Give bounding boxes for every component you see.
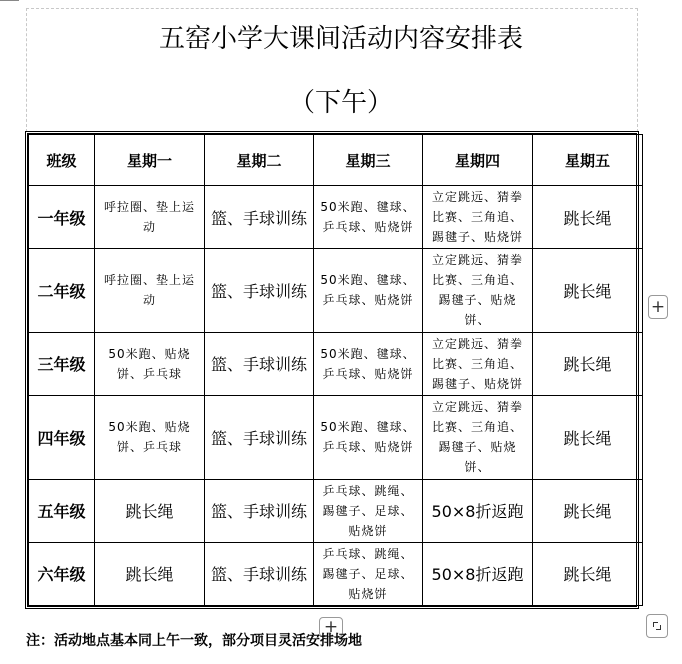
monday-cell[interactable]: 跳长绳 [95, 479, 205, 542]
friday-cell[interactable]: 跳长绳 [533, 479, 643, 542]
tuesday-cell[interactable]: 篮、手球训练 [205, 479, 314, 542]
tuesday-cell[interactable]: 篮、手球训练 [205, 542, 314, 605]
document-subtitle: （下午） [0, 86, 682, 120]
grade-cell[interactable]: 三年级 [29, 332, 95, 395]
tuesday-cell[interactable]: 篮、手球训练 [205, 332, 314, 395]
wednesday-cell[interactable]: 乒乓球、跳绳、踢毽子、足球、贴烧饼 [314, 542, 423, 605]
thursday-cell[interactable]: 立定跳远、猜拳比赛、三角追、踢毽子、贴烧饼 [423, 332, 533, 395]
tuesday-cell[interactable]: 篮、手球训练 [205, 249, 314, 333]
monday-cell[interactable]: 50米跑、贴烧饼、乒乓球 [95, 395, 205, 479]
thursday-cell[interactable]: 立定跳远、猜拳比赛、三角追、踢毽子、贴烧饼 [423, 186, 533, 249]
wednesday-cell[interactable]: 50米跑、毽球、乒乓球、贴烧饼 [314, 332, 423, 395]
footnote: 注：活动地点基本同上午一致，部分项目灵活安排场地 [26, 631, 362, 651]
plus-icon: + [651, 299, 665, 316]
thursday-cell[interactable]: 立定跳远、猜拳比赛、三角追、踢毽子、贴烧饼、 [423, 249, 533, 333]
header-tuesday[interactable]: 星期二 [205, 135, 314, 186]
table-row: 三年级 50米跑、贴烧饼、乒乓球 篮、手球训练 50米跑、毽球、乒乓球、贴烧饼 … [29, 332, 643, 395]
table-resize-button[interactable] [646, 614, 668, 638]
header-thursday[interactable]: 星期四 [423, 135, 533, 186]
friday-cell[interactable]: 跳长绳 [533, 332, 643, 395]
wednesday-cell[interactable]: 50米跑、毽球、乒乓球、贴烧饼 [314, 186, 423, 249]
tuesday-cell[interactable]: 篮、手球训练 [205, 186, 314, 249]
thursday-cell[interactable]: 50×8折返跑 [423, 479, 533, 542]
page-corner-mark [0, 0, 19, 1]
monday-cell[interactable]: 呼拉圈、垫上运动 [95, 249, 205, 333]
add-column-button[interactable]: + [648, 295, 668, 319]
friday-cell[interactable]: 跳长绳 [533, 542, 643, 605]
thursday-cell[interactable]: 立定跳远、猜拳比赛、三角追、踢毽子、贴烧饼、 [423, 395, 533, 479]
grade-cell[interactable]: 二年级 [29, 249, 95, 333]
wednesday-cell[interactable]: 50米跑、毽球、乒乓球、贴烧饼 [314, 249, 423, 333]
grade-cell[interactable]: 六年级 [29, 542, 95, 605]
table-row: 五年级 跳长绳 篮、手球训练 乒乓球、跳绳、踢毽子、足球、贴烧饼 50×8折返跑… [29, 479, 643, 542]
document-title: 五窑小学大课间活动内容安排表 [0, 22, 682, 56]
tuesday-cell[interactable]: 篮、手球训练 [205, 395, 314, 479]
resize-corner-icon [656, 625, 661, 630]
grade-cell[interactable]: 五年级 [29, 479, 95, 542]
header-grade[interactable]: 班级 [29, 135, 95, 186]
wednesday-cell[interactable]: 50米跑、毽球、乒乓球、贴烧饼 [314, 395, 423, 479]
table-row: 六年级 跳长绳 篮、手球训练 乒乓球、跳绳、踢毽子、足球、贴烧饼 50×8折返跑… [29, 542, 643, 605]
thursday-cell[interactable]: 50×8折返跑 [423, 542, 533, 605]
monday-cell[interactable]: 呼拉圈、垫上运动 [95, 186, 205, 249]
monday-cell[interactable]: 50米跑、贴烧饼、乒乓球 [95, 332, 205, 395]
friday-cell[interactable]: 跳长绳 [533, 249, 643, 333]
grade-cell[interactable]: 一年级 [29, 186, 95, 249]
table-header-row: 班级 星期一 星期二 星期三 星期四 星期五 [29, 135, 643, 186]
friday-cell[interactable]: 跳长绳 [533, 186, 643, 249]
header-friday[interactable]: 星期五 [533, 135, 643, 186]
header-wednesday[interactable]: 星期三 [314, 135, 423, 186]
header-monday[interactable]: 星期一 [95, 135, 205, 186]
monday-cell[interactable]: 跳长绳 [95, 542, 205, 605]
wednesday-cell[interactable]: 乒乓球、跳绳、踢毽子、足球、贴烧饼 [314, 479, 423, 542]
friday-cell[interactable]: 跳长绳 [533, 395, 643, 479]
schedule-table: 班级 星期一 星期二 星期三 星期四 星期五 一年级 呼拉圈、垫上运动 篮、手球… [25, 131, 639, 609]
table-row: 四年级 50米跑、贴烧饼、乒乓球 篮、手球训练 50米跑、毽球、乒乓球、贴烧饼 … [29, 395, 643, 479]
table-row: 二年级 呼拉圈、垫上运动 篮、手球训练 50米跑、毽球、乒乓球、贴烧饼 立定跳远… [29, 249, 643, 333]
grade-cell[interactable]: 四年级 [29, 395, 95, 479]
table-row: 一年级 呼拉圈、垫上运动 篮、手球训练 50米跑、毽球、乒乓球、贴烧饼 立定跳远… [29, 186, 643, 249]
